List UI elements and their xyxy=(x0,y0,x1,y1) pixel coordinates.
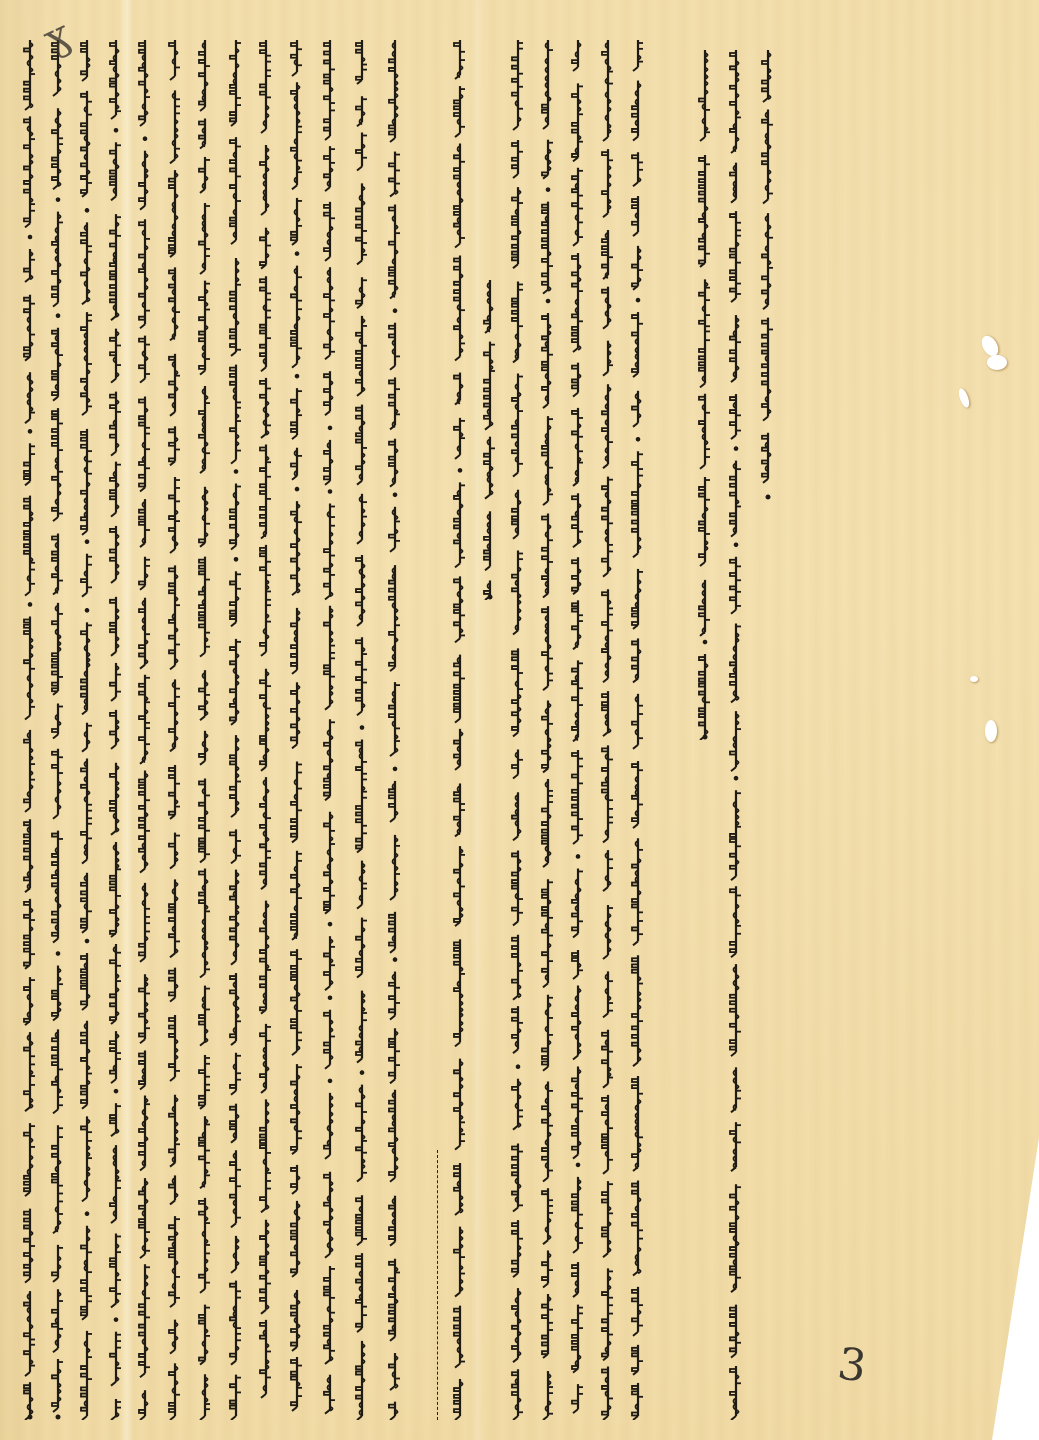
dashed-underline xyxy=(437,1150,438,1420)
text-column xyxy=(79,40,95,1420)
text-column xyxy=(728,50,744,1420)
punch-hole xyxy=(970,676,978,682)
text-column xyxy=(197,40,213,1420)
text-column xyxy=(760,50,776,500)
text-column xyxy=(600,40,616,1420)
text-column xyxy=(22,40,38,1420)
text-column xyxy=(108,40,124,1420)
text-column xyxy=(289,40,305,1420)
text-column xyxy=(540,40,556,1420)
text-column xyxy=(510,40,526,1420)
text-column xyxy=(354,40,370,1420)
punch-hole xyxy=(985,720,997,742)
text-column xyxy=(630,40,646,1420)
text-column xyxy=(387,40,403,1420)
paper-fold xyxy=(470,0,484,1440)
text-column xyxy=(482,280,498,600)
scanned-page: 3 ɣ Traditional Mongolian (vertical, col… xyxy=(0,0,1039,1440)
text-column xyxy=(228,40,244,1420)
text-column xyxy=(167,40,183,1420)
text-column xyxy=(322,40,338,1420)
text-column xyxy=(50,40,66,1420)
text-column xyxy=(452,40,468,1420)
punch-hole xyxy=(987,355,1007,370)
text-column xyxy=(697,50,713,740)
text-column xyxy=(258,40,274,1420)
text-column xyxy=(137,40,153,1420)
text-column xyxy=(570,40,586,1420)
